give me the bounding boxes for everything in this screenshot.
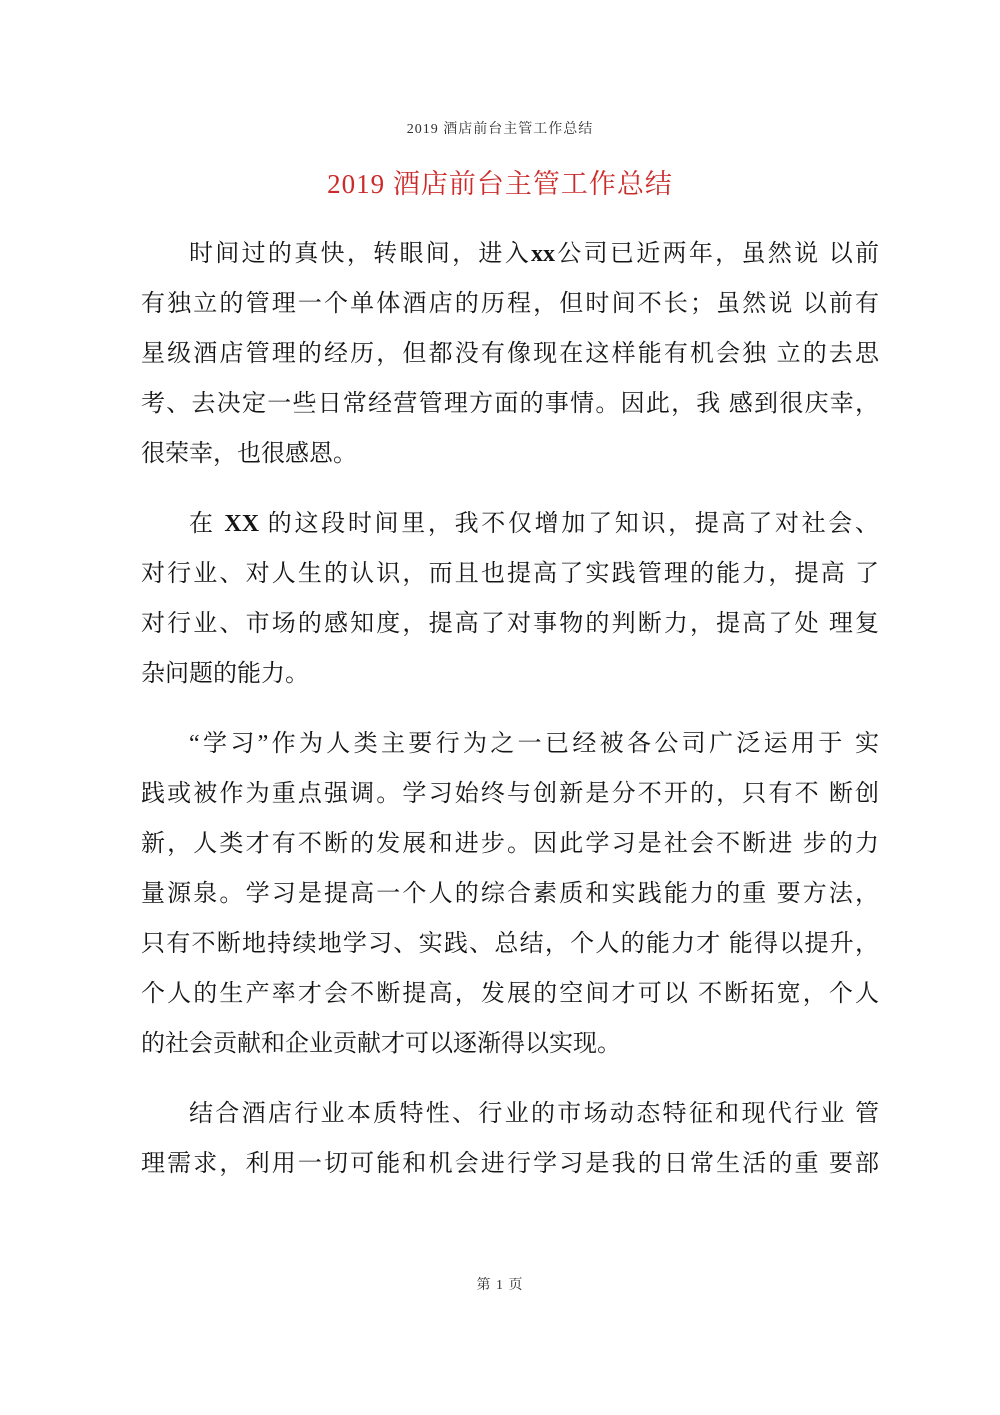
- page-title: 2019 酒店前台主管工作总结: [0, 167, 1000, 201]
- text-segment: “学习”作为人类主要行为之一已经被各公司广泛运用于 实: [189, 731, 879, 757]
- text-line: 对行业、对人生的认识，而且也提高了实践管理的能力，提高 了: [141, 549, 879, 599]
- text-line: 时间过的真快，转眼间，进入xx公司已近两年，虽然说 以前: [141, 229, 879, 279]
- text-segment: 量源泉。学习是提高一个人的综合素质和实践能力的重 要方法，: [141, 881, 879, 907]
- text-line: 星级酒店管理的经历，但都没有像现在这样能有机会独 立的去思: [141, 329, 879, 379]
- text-line: 量源泉。学习是提高一个人的综合素质和实践能力的重 要方法，: [141, 869, 879, 919]
- text-line: 只有不断地持续地学习、实践、总结，个人的能力才 能得以提升，: [141, 919, 879, 969]
- text-line: 结合酒店行业本质特性、行业的市场动态特征和现代行业 管: [141, 1089, 879, 1139]
- paragraph: 结合酒店行业本质特性、行业的市场动态特征和现代行业 管理需求，利用一切可能和机会…: [141, 1089, 879, 1189]
- text-segment: 时间过的真快，转眼间，进入: [189, 241, 531, 267]
- document-body: 时间过的真快，转眼间，进入xx公司已近两年，虽然说 以前有独立的管理一个单体酒店…: [141, 229, 879, 1209]
- text-segment: 践或被作为重点强调。学习始终与创新是分不开的，只有不 断创: [141, 781, 879, 807]
- text-segment: 理需求，利用一切可能和机会进行学习是我的日常生活的重 要部: [141, 1151, 879, 1177]
- text-segment: 的社会贡献和企业贡献才可以逐渐得以实现。: [141, 1031, 621, 1057]
- bold-text-segment: XX: [224, 511, 259, 537]
- text-line: 很荣幸，也很感恩。: [141, 429, 879, 479]
- text-segment: 的这段时间里，我不仅增加了知识，提高了对社会、: [259, 511, 879, 537]
- bold-text-segment: xx: [531, 241, 555, 267]
- text-segment: 星级酒店管理的经历，但都没有像现在这样能有机会独 立的去思: [141, 341, 879, 367]
- text-line: 杂问题的能力。: [141, 649, 879, 699]
- text-line: 个人的生产率才会不断提高，发展的空间才可以 不断拓宽，个人: [141, 969, 879, 1019]
- text-line: 在 XX 的这段时间里，我不仅增加了知识，提高了对社会、: [141, 499, 879, 549]
- text-segment: 在: [189, 511, 224, 537]
- text-segment: 个人的生产率才会不断提高，发展的空间才可以 不断拓宽，个人: [141, 981, 879, 1007]
- paragraph: “学习”作为人类主要行为之一已经被各公司广泛运用于 实践或被作为重点强调。学习始…: [141, 719, 879, 1069]
- text-segment: 对行业、对人生的认识，而且也提高了实践管理的能力，提高 了: [141, 561, 879, 587]
- text-segment: 考、去决定一些日常经营管理方面的事情。因此，我 感到很庆幸，: [141, 391, 879, 417]
- text-line: 理需求，利用一切可能和机会进行学习是我的日常生活的重 要部: [141, 1139, 879, 1189]
- text-segment: 杂问题的能力。: [141, 661, 309, 687]
- text-segment: 很荣幸，也很感恩。: [141, 441, 357, 467]
- text-line: 有独立的管理一个单体酒店的历程，但时间不长；虽然说 以前有: [141, 279, 879, 329]
- document-page: 2019 酒店前台主管工作总结 2019 酒店前台主管工作总结 时间过的真快，转…: [0, 0, 1000, 1415]
- text-segment: 对行业、市场的感知度，提高了对事物的判断力，提高了处 理复: [141, 611, 879, 637]
- text-segment: 新，人类才有不断的发展和进步。因此学习是社会不断进 步的力: [141, 831, 879, 857]
- text-line: 新，人类才有不断的发展和进步。因此学习是社会不断进 步的力: [141, 819, 879, 869]
- page-number: 第 1 页: [0, 1277, 1000, 1295]
- paragraph: 在 XX 的这段时间里，我不仅增加了知识，提高了对社会、对行业、对人生的认识，而…: [141, 499, 879, 699]
- page-header-text: 2019 酒店前台主管工作总结: [0, 121, 1000, 139]
- text-line: 的社会贡献和企业贡献才可以逐渐得以实现。: [141, 1019, 879, 1069]
- text-segment: 有独立的管理一个单体酒店的历程，但时间不长；虽然说 以前有: [141, 291, 879, 317]
- text-line: 践或被作为重点强调。学习始终与创新是分不开的，只有不 断创: [141, 769, 879, 819]
- text-line: 考、去决定一些日常经营管理方面的事情。因此，我 感到很庆幸，: [141, 379, 879, 429]
- text-line: 对行业、市场的感知度，提高了对事物的判断力，提高了处 理复: [141, 599, 879, 649]
- paragraph: 时间过的真快，转眼间，进入xx公司已近两年，虽然说 以前有独立的管理一个单体酒店…: [141, 229, 879, 479]
- text-segment: 结合酒店行业本质特性、行业的市场动态特征和现代行业 管: [189, 1101, 879, 1127]
- text-segment: 只有不断地持续地学习、实践、总结，个人的能力才 能得以提升，: [141, 931, 879, 957]
- text-segment: 公司已近两年，虽然说 以前: [555, 241, 879, 267]
- text-line: “学习”作为人类主要行为之一已经被各公司广泛运用于 实: [141, 719, 879, 769]
